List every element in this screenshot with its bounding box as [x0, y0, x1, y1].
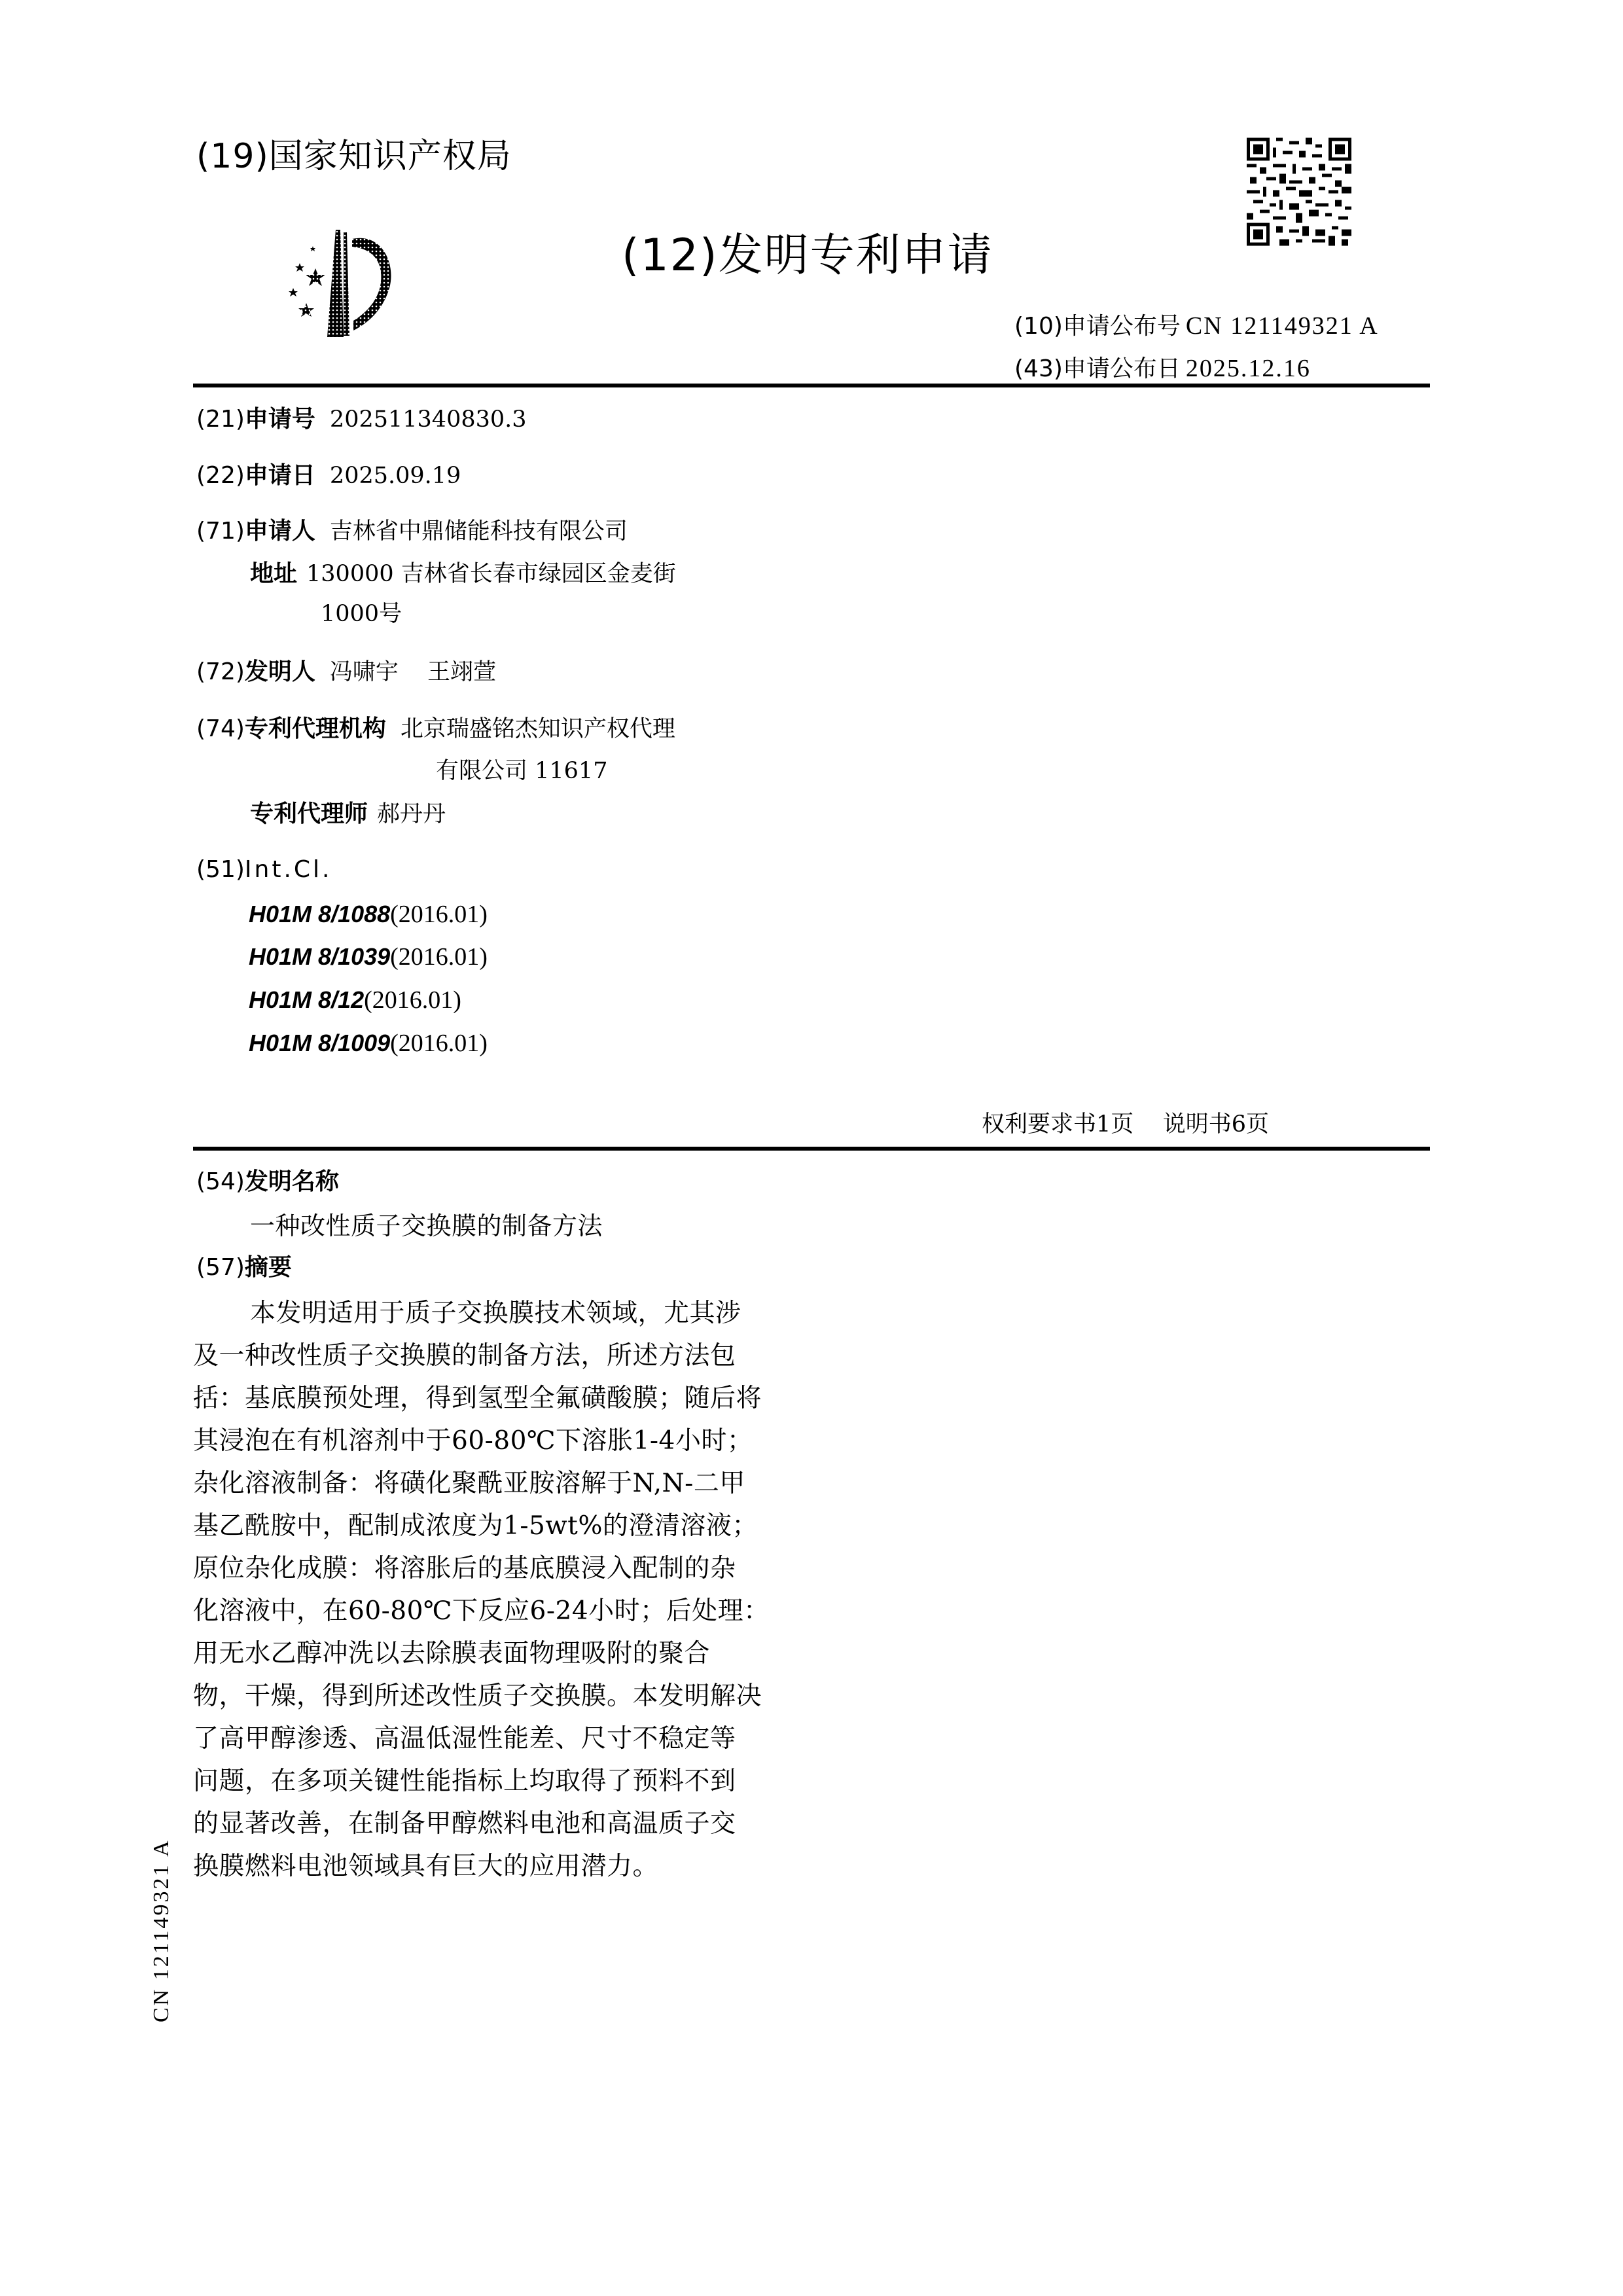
abstract-line: 的显著改善，在制备甲醇燃料电池和高温质子交 [193, 1803, 736, 1840]
ipc-class: H01M 8/1039 [249, 943, 390, 970]
field-value: 202511340830.3 [330, 406, 527, 433]
abstract-line: 问题，在多项关键性能指标上均取得了预料不到 [193, 1761, 736, 1797]
field-value: 有限公司 11617 [436, 758, 607, 784]
abstract-line: 基乙酰胺中，配制成浓度为1-5wt%的澄清溶液； [193, 1505, 758, 1542]
ipc-class: H01M 8/12 [249, 986, 364, 1013]
field-value: 2025.09.19 [330, 463, 461, 489]
field-label: Int.Cl. [245, 856, 332, 883]
pub-date-value: 2025.12.16 [1186, 355, 1311, 382]
inventors-row: (72)发明人冯啸宇王翊萱 [196, 653, 496, 687]
abstract-line: 了高甲醇渗透、高温低湿性能差、尺寸不稳定等 [193, 1718, 736, 1755]
address-line2: 1000号 [321, 596, 402, 628]
field-label: 摘要 [245, 1254, 292, 1281]
abstract-line: 物，干燥，得到所述改性质子交换膜。本发明解决 [193, 1676, 762, 1712]
ipc-entry: H01M 8/1039(2016.01) [249, 942, 488, 971]
doc-type-code: (12) [622, 230, 719, 281]
field-code: (51) [196, 856, 245, 883]
field-code: (72) [196, 658, 245, 685]
agency-row: (74)专利代理机构北京瑞盛铭杰知识产权代理 [196, 710, 675, 744]
invention-title-heading: (54)发明名称 [196, 1163, 339, 1196]
field-code: (54) [196, 1168, 245, 1195]
abstract-line: 其浸泡在有机溶剂中于60-80℃下溶胀1-4小时； [193, 1420, 753, 1457]
office-heading: (19)国家知识产权局 [196, 128, 512, 177]
ipc-entry: H01M 8/1009(2016.01) [249, 1029, 488, 1058]
cnipa-logo-icon [268, 226, 419, 344]
abstract-line: 用无水乙醇冲洗以去除膜表面物理吸附的聚合 [193, 1633, 710, 1670]
field-code: (57) [196, 1254, 245, 1281]
applicant-row: (71)申请人吉林省中鼎储能科技有限公司 [196, 512, 628, 546]
pub-date-label: 申请公布日 [1063, 355, 1181, 382]
field-label: 地址 [250, 560, 297, 587]
pub-no-code: (10) [1014, 313, 1063, 340]
doc-type-label: 发明专利申请 [719, 230, 993, 281]
field-code: (71) [196, 518, 245, 545]
header-divider [193, 384, 1430, 387]
abstract-heading: (57)摘要 [196, 1249, 292, 1282]
application-number-row: (21)申请号202511340830.3 [196, 401, 527, 434]
publication-number: (10)申请公布号CN 121149321 A [1014, 308, 1379, 341]
field-label: 申请号 [245, 406, 315, 433]
office-name: 国家知识产权局 [269, 137, 512, 176]
section-divider [193, 1147, 1430, 1151]
field-label: 发明名称 [245, 1168, 339, 1195]
qr-code-icon [1247, 137, 1351, 246]
ipc-heading: (51)Int.Cl. [196, 856, 332, 883]
abstract-line: 杂化溶液制备：将磺化聚酰亚胺溶解于N,N-二甲 [193, 1463, 745, 1499]
field-label: 发明人 [245, 658, 315, 685]
abstract-line: 括：基底膜预处理，得到氢型全氟磺酸膜；随后将 [193, 1378, 762, 1414]
abstract-line: 化溶液中，在60-80℃下反应6-24小时；后处理： [193, 1590, 770, 1627]
pub-no-value: CN 121149321 A [1186, 312, 1379, 340]
agent-row: 专利代理师郝丹丹 [250, 795, 446, 829]
publication-date: (43)申请公布日2025.12.16 [1014, 350, 1311, 384]
ipc-version: (2016.01) [390, 901, 488, 928]
field-label: 申请日 [245, 462, 315, 489]
office-code: (19) [196, 137, 269, 176]
document-type-title: (12)发明专利申请 [622, 220, 993, 283]
field-value: 郝丹丹 [377, 801, 446, 827]
pub-date-code: (43) [1014, 355, 1063, 382]
field-code: (22) [196, 462, 245, 489]
ipc-class: H01M 8/1088 [249, 901, 390, 927]
field-value: 1000号 [321, 601, 402, 627]
abstract-line: 换膜燃料电池领域具有巨大的应用潜力。 [193, 1846, 658, 1882]
inventor-name: 冯啸宇 [330, 659, 399, 685]
ipc-entry: H01M 8/1088(2016.01) [249, 900, 488, 929]
field-label: 专利代理师 [250, 800, 368, 827]
page-count-info: 权利要求书1页 说明书6页 [982, 1106, 1269, 1139]
field-value: 北京瑞盛铭杰知识产权代理 [401, 716, 675, 742]
ipc-version: (2016.01) [390, 943, 488, 971]
address-row: 地址130000 吉林省长春市绿园区金麦街 [250, 555, 676, 588]
application-date-row: (22)申请日2025.09.19 [196, 457, 461, 490]
ipc-class: H01M 8/1009 [249, 1030, 390, 1056]
side-publication-number: CN 121149321 A [149, 1839, 174, 2022]
field-code: (21) [196, 406, 245, 433]
abstract-line: 及一种改性质子交换膜的制备方法，所述方法包 [193, 1335, 736, 1372]
field-value: 130000 吉林省长春市绿园区金麦街 [306, 561, 676, 587]
pub-no-label: 申请公布号 [1063, 313, 1181, 340]
field-value: 吉林省中鼎储能科技有限公司 [330, 518, 628, 545]
field-code: (74) [196, 715, 245, 742]
abstract-line: 原位杂化成膜：将溶胀后的基底膜浸入配制的杂 [193, 1548, 736, 1585]
inventor-name: 王翊萱 [427, 659, 496, 685]
abstract-line: 本发明适用于质子交换膜技术领域，尤其涉 [250, 1293, 741, 1329]
ipc-version: (2016.01) [364, 986, 461, 1014]
field-label: 专利代理机构 [245, 715, 386, 742]
field-label: 申请人 [245, 518, 315, 545]
ipc-entry: H01M 8/12(2016.01) [249, 986, 461, 1014]
agency-line2: 有限公司 11617 [436, 753, 607, 785]
invention-title: 一种改性质子交换膜的制备方法 [250, 1206, 603, 1242]
ipc-version: (2016.01) [390, 1030, 488, 1057]
